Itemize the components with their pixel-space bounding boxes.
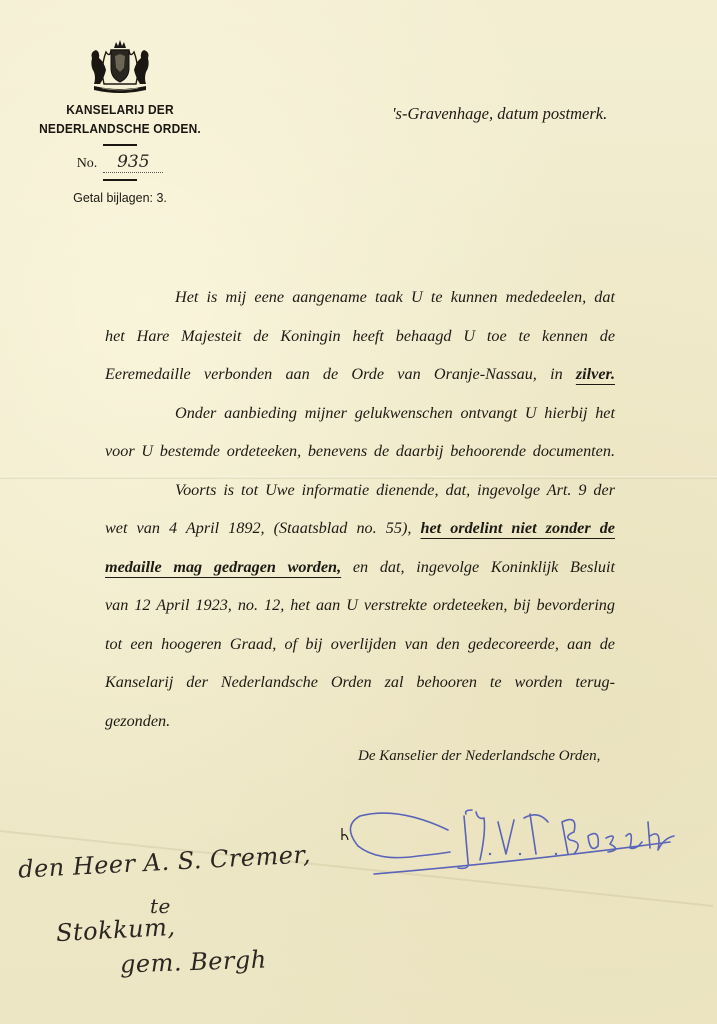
body-text: Kanselarij der Nederlandsche Orden zal b… <box>105 673 615 691</box>
number-label: No. <box>77 156 98 172</box>
body-line: Kanselarij der Nederlandsche Orden zal b… <box>105 669 615 708</box>
body-line: Onder aanbieding mijner gelukwenschen on… <box>105 400 615 439</box>
org-name-line-1: KANSELARIJ DER <box>37 100 203 119</box>
body-text: Voorts is tot Uwe informatie dienende, d… <box>175 481 615 499</box>
letterhead: KANSELARIJ DER NEDERLANDSCHE ORDEN. No. … <box>30 38 210 205</box>
body-text: tot een hoogeren Graad, of bij overlijde… <box>105 635 615 653</box>
body-text: gezonden. <box>105 712 170 730</box>
letter-body: Het is mij eene aangename taak U te kunn… <box>105 284 615 746</box>
body-line: Het is mij eene aangename taak U te kunn… <box>105 284 615 323</box>
reference-number: No. 935 <box>30 152 210 173</box>
body-line: van 12 April 1923, no. 12, het aan U ver… <box>105 592 615 631</box>
body-text: en dat, ingevolge Koninklijk Besluit <box>341 558 615 576</box>
coat-of-arms-icon <box>84 38 156 94</box>
underlined-text: medaille mag gedragen worden, <box>105 558 341 576</box>
body-line: medaille mag gedragen worden, en dat, in… <box>105 554 615 593</box>
body-text: voor U bestemde ordeteeken, benevens de … <box>105 442 615 460</box>
body-text: van 12 April 1923, no. 12, het aan U ver… <box>105 596 615 614</box>
body-line: wet van 4 April 1892, (Staatsblad no. 55… <box>105 515 615 554</box>
attachments-count: Getal bijlagen: 3. <box>30 191 210 205</box>
body-line: het Hare Majesteit de Koningin heeft beh… <box>105 323 615 362</box>
body-text: wet van 4 April 1892, (Staatsblad no. 55… <box>105 519 420 537</box>
number-value: 935 <box>103 152 163 173</box>
addressee-handwritten: den Heer A. S. Cremer, te Stokkum, gem. … <box>18 848 318 1018</box>
underlined-text: het ordelint niet zonder de <box>420 519 615 537</box>
place-date: 's-Gravenhage, datum postmerk. <box>392 104 607 124</box>
body-text: het Hare Majesteit de Koningin heeft beh… <box>105 327 615 345</box>
body-text: Onder aanbieding mijner gelukwenschen on… <box>175 404 615 422</box>
body-line: Voorts is tot Uwe informatie dienende, d… <box>105 477 615 516</box>
body-text: Het is mij eene aangename taak U te kunn… <box>175 288 615 306</box>
addressee-town: Stokkum, <box>55 913 176 947</box>
divider <box>103 144 137 146</box>
body-text: Eeremedaille verbonden aan de Orde van O… <box>105 365 576 383</box>
body-line: tot een hoogeren Graad, of bij overlijde… <box>105 631 615 670</box>
closing-title: De Kanselier der Nederlandsche Orden, <box>358 748 600 765</box>
underlined-text: zilver. <box>576 365 615 383</box>
signature <box>338 792 678 882</box>
addressee-municipality: gem. Bergh <box>120 945 268 978</box>
body-line: gezonden. <box>105 708 615 747</box>
body-line: voor U bestemde ordeteeken, benevens de … <box>105 438 615 477</box>
divider <box>103 179 137 181</box>
org-name-line-2: NEDERLANDSCHE ORDEN. <box>37 119 203 138</box>
body-line: Eeremedaille verbonden aan de Orde van O… <box>105 361 615 400</box>
